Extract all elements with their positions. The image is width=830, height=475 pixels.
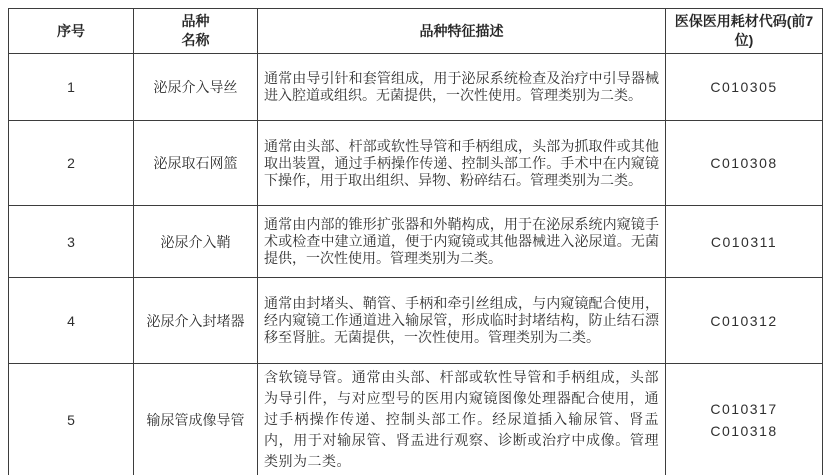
seq-cell: 1 (9, 54, 134, 121)
table-header-row: 序号 品种 名称 品种特征描述 医保医用耗材代码(前7位) (9, 9, 823, 54)
name-cell: 泌尿介入鞘 (134, 206, 258, 278)
seq-cell: 5 (9, 364, 134, 475)
code-cell: C010312 (666, 278, 823, 364)
desc-cell: 含软镜导管。通常由头部、杆部或软性导管和手柄组成，头部为导引件，与对应型号的医用… (258, 364, 666, 475)
desc-cell: 通常由封堵头、鞘管、手柄和牵引丝组成，与内窥镜配合使用，经内窥镜工作通道进入输尿… (258, 278, 666, 364)
code-cell: C010317 C010318 (666, 364, 823, 475)
code-cell: C010311 (666, 206, 823, 278)
header-seq-number: 序号 (9, 9, 134, 54)
seq-cell: 2 (9, 121, 134, 206)
medical-consumable-code-table: 序号 品种 名称 品种特征描述 医保医用耗材代码(前7位) 1 泌尿介入导丝 通… (8, 8, 823, 475)
header-insurance-code: 医保医用耗材代码(前7位) (666, 9, 823, 54)
table-row: 3 泌尿介入鞘 通常由内部的锥形扩张器和外鞘构成，用于在泌尿系统内窥镜手术或检查… (9, 206, 823, 278)
table-row: 5 输尿管成像导管 含软镜导管。通常由头部、杆部或软性导管和手柄组成，头部为导引… (9, 364, 823, 475)
desc-cell: 通常由内部的锥形扩张器和外鞘构成，用于在泌尿系统内窥镜手术或检查中建立通道，便于… (258, 206, 666, 278)
desc-cell: 通常由头部、杆部或软性导管和手柄组成，头部为抓取件或其他取出装置，通过手柄操作传… (258, 121, 666, 206)
code-cell: C010305 (666, 54, 823, 121)
table-header: 序号 品种 名称 品种特征描述 医保医用耗材代码(前7位) (9, 9, 823, 54)
name-cell: 输尿管成像导管 (134, 364, 258, 475)
desc-cell: 通常由导引针和套管组成，用于泌尿系统检查及治疗中引导器械进入腔道或组织。无菌提供… (258, 54, 666, 121)
name-cell: 泌尿介入封堵器 (134, 278, 258, 364)
table-row: 4 泌尿介入封堵器 通常由封堵头、鞘管、手柄和牵引丝组成，与内窥镜配合使用，经内… (9, 278, 823, 364)
table-body: 1 泌尿介入导丝 通常由导引针和套管组成，用于泌尿系统检查及治疗中引导器械进入腔… (9, 54, 823, 475)
table-row: 2 泌尿取石网篮 通常由头部、杆部或软性导管和手柄组成，头部为抓取件或其他取出装… (9, 121, 823, 206)
name-cell: 泌尿介入导丝 (134, 54, 258, 121)
document-page: 序号 品种 名称 品种特征描述 医保医用耗材代码(前7位) 1 泌尿介入导丝 通… (0, 0, 830, 475)
header-variety-name: 品种 名称 (134, 9, 258, 54)
seq-cell: 3 (9, 206, 134, 278)
code-cell: C010308 (666, 121, 823, 206)
table-row: 1 泌尿介入导丝 通常由导引针和套管组成，用于泌尿系统检查及治疗中引导器械进入腔… (9, 54, 823, 121)
seq-cell: 4 (9, 278, 134, 364)
name-cell: 泌尿取石网篮 (134, 121, 258, 206)
header-feature-description: 品种特征描述 (258, 9, 666, 54)
